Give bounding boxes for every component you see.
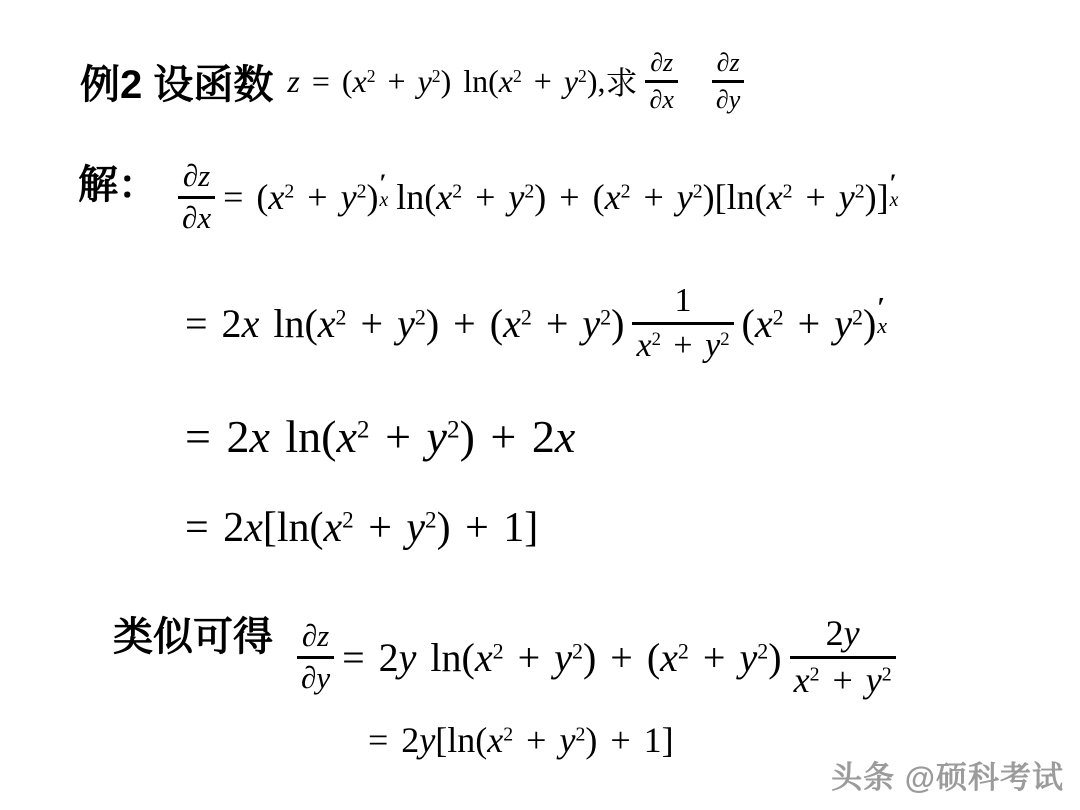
formula-line-similar: 类似可得 ∂z ∂y = 2y ln(x2 + y2) + (x2 + y2) … xyxy=(113,600,904,714)
fraction-denominator: x2 + y2 xyxy=(790,662,896,700)
fraction-dz-dy: ∂z ∂y xyxy=(297,620,334,694)
subscript-x: x xyxy=(877,316,887,337)
fraction-numerator: ∂z xyxy=(713,49,744,76)
fraction-bar xyxy=(712,80,744,83)
formula-line-step-2: = 2x ln(x2 + y2) + (x2 + y2) 1 x2 + y2 (… xyxy=(185,268,895,378)
math-segment: = (x2 + y2) xyxy=(223,176,378,218)
watermark-credit: 头条 @硕科考试 xyxy=(831,752,1064,797)
fraction-bar xyxy=(297,656,334,659)
subscript-x: x xyxy=(379,191,388,210)
math-segment: z = (x2 + y2) ln(x2 + y2), xyxy=(287,63,605,100)
formula-line-result-x: = 2x[ln(x2 + y2) + 1] xyxy=(185,492,538,564)
math-segment: = 2x ln(x2 + y2) + (x2 + y2) xyxy=(185,300,624,347)
formula-line-problem: 例2 设函数 z = (x2 + y2) ln(x2 + y2), 求 ∂z ∂… xyxy=(80,35,752,127)
fraction-denominator: x2 + y2 xyxy=(632,328,733,364)
prime-subscript-x: ′ x xyxy=(890,177,899,210)
math-segment: = 2x[ln(x2 + y2) + 1] xyxy=(185,504,538,552)
find-label: 求 xyxy=(605,58,637,104)
fraction-denominator: ∂y xyxy=(297,662,334,695)
fraction-bar xyxy=(790,656,896,659)
fraction-dz-dx: ∂z ∂x xyxy=(178,160,215,234)
math-segment: ln(x2 + y2) + (x2 + y2)[ln(x2 + y2)] xyxy=(396,176,888,218)
fraction-bar xyxy=(632,322,733,325)
solution-label: 解： xyxy=(78,153,158,210)
formula-line-step-3: = 2x ln(x2 + y2) + 2x xyxy=(185,398,575,474)
fraction-numerator: 2y xyxy=(822,615,864,653)
math-segment: = 2y ln(x2 + y2) + (x2 + y2) xyxy=(342,634,781,681)
fraction-one-over-x2y2: 1 x2 + y2 xyxy=(632,283,733,363)
fraction-numerator: ∂z xyxy=(298,620,333,653)
fraction-dz-dy: ∂z ∂y xyxy=(712,49,744,113)
math-segment: = 2y[ln(x2 + y2) + 1] xyxy=(368,719,674,761)
fraction-2y-over-x2y2: 2y x2 + y2 xyxy=(790,615,896,700)
fraction-bar xyxy=(178,196,215,199)
formula-line-solution-1: 解： ∂z ∂x = (x2 + y2) ′ x ln(x2 + y2) + (… xyxy=(78,148,906,246)
fraction-numerator: ∂z xyxy=(179,160,214,193)
fraction-denominator: ∂x xyxy=(645,86,677,113)
prime-subscript-x: ′ x xyxy=(379,177,388,210)
similarly-label: 类似可得 xyxy=(113,605,273,662)
fraction-numerator: 1 xyxy=(671,283,696,319)
fraction-denominator: ∂y xyxy=(712,86,744,113)
formula-line-result-y: = 2y[ln(x2 + y2) + 1] xyxy=(368,710,674,770)
example-label: 例2 设函数 xyxy=(80,53,273,110)
fraction-denominator: ∂x xyxy=(178,202,215,235)
prime-subscript-x: ′ x xyxy=(877,301,887,337)
fraction-dz-dx: ∂z ∂x xyxy=(645,49,677,113)
subscript-x: x xyxy=(890,191,899,210)
fraction-bar xyxy=(645,80,677,83)
math-segment: (x2 + y2) xyxy=(742,300,877,347)
slide-background: 例2 设函数 z = (x2 + y2) ln(x2 + y2), 求 ∂z ∂… xyxy=(0,0,1080,810)
math-segment: = 2x ln(x2 + y2) + 2x xyxy=(185,410,575,463)
fraction-numerator: ∂z xyxy=(646,49,677,76)
